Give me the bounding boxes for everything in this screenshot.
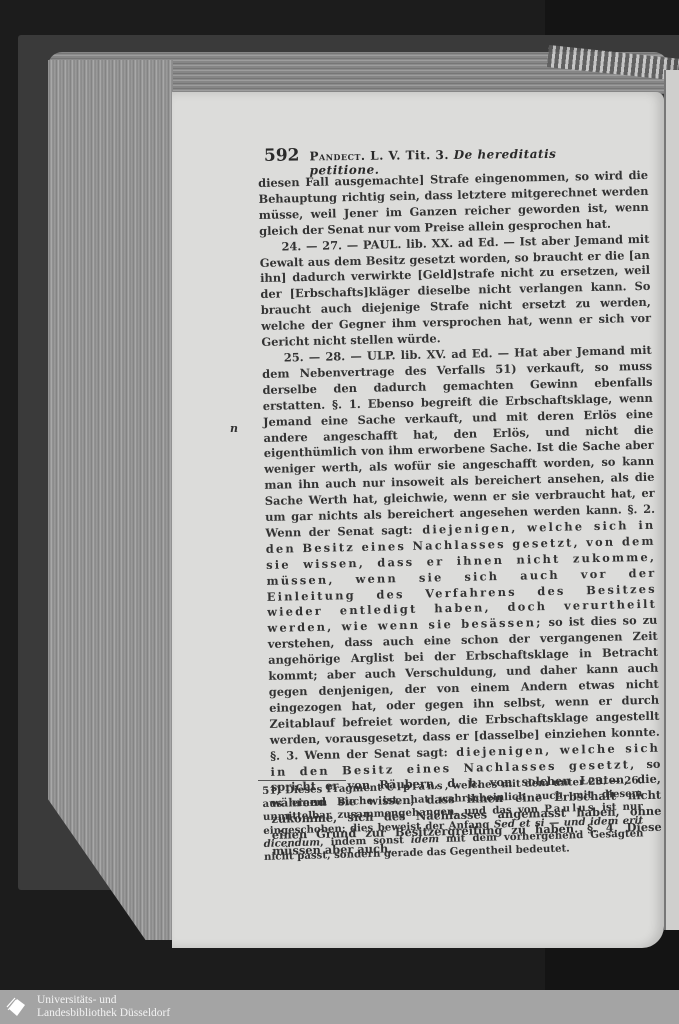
book-logo-icon[interactable] (5, 995, 29, 1019)
book-page: 592 Pandect. L. V. Tit. 3. De hereditati… (172, 92, 664, 948)
library-footer: Universitäts- und Landesbibliothek Düsse… (0, 990, 679, 1024)
library-name[interactable]: Universitäts- und Landesbibliothek Düsse… (37, 994, 170, 1020)
page-number: 592 (264, 146, 300, 166)
body-text: diesen Fall ausgemachte] Strafe eingenom… (258, 168, 662, 860)
paragraph: diesen Fall ausgemachte] Strafe eingenom… (258, 168, 649, 240)
footnote: 51) Dieses Fragment Ulpians, welches mit… (262, 774, 644, 864)
footnote-marker: 51) (262, 784, 281, 797)
paragraph: 24. — 27. — PAUL. lib. XX. ad Ed. — Ist … (259, 231, 651, 350)
next-page-edge (664, 70, 679, 930)
footnote-rule (258, 780, 346, 781)
page-edges-left (48, 60, 173, 940)
margin-mark: n (230, 422, 238, 435)
